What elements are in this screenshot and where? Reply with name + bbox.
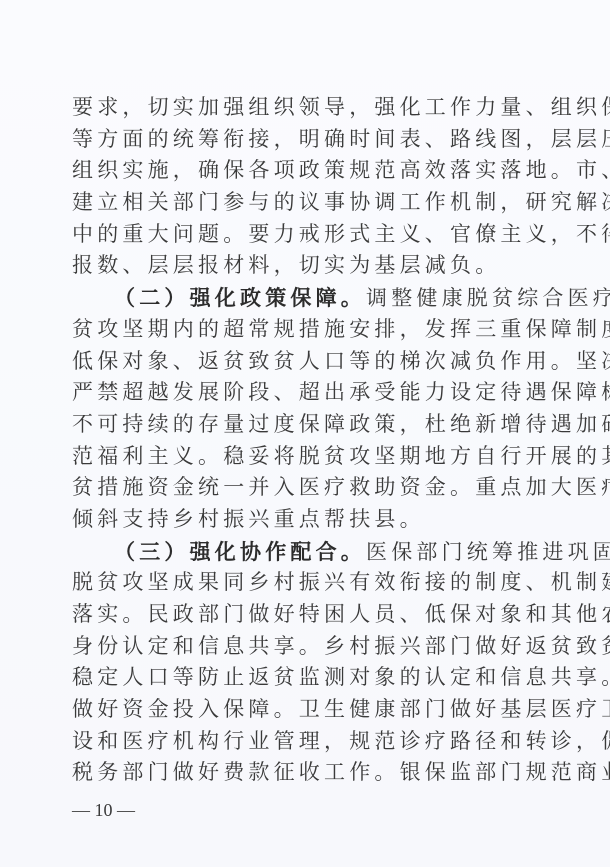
text-line: 落实。民政部门做好特困人员、低保对象和其他农村低收入人口 bbox=[72, 599, 542, 631]
document-page: 要求，切实加强组织领导，强化工作力量、组织保障、制度资源 等方面的统筹衔接，明确… bbox=[0, 0, 610, 867]
text-line: 不可持续的存量过度保障政策，杜绝新增待遇加码政策，坚决防 bbox=[72, 409, 542, 441]
text-line: 税务部门做好费款征收工作。银保监部门规范商业健康保险发展。 bbox=[72, 757, 542, 789]
document-body: 要求，切实加强组织领导，强化工作力量、组织保障、制度资源 等方面的统筹衔接，明确… bbox=[72, 92, 542, 789]
text-line: 严禁超越发展阶段、超出承受能力设定待遇保障标准，全面清理 bbox=[72, 377, 542, 409]
text-line: 等方面的统筹衔接，明确时间表、路线图，层层压实责任，周密 bbox=[72, 124, 542, 156]
text-line: 身份认定和信息共享。乡村振兴部门做好返贫致贫人口、脱贫不 bbox=[72, 631, 542, 663]
text-line: 报数、层层报材料，切实为基层减负。 bbox=[72, 250, 542, 282]
section-first-line-text: 调整健康脱贫综合医疗保障政策等脱 bbox=[366, 286, 610, 310]
paragraph-continued: 要求，切实加强组织领导，强化工作力量、组织保障、制度资源 等方面的统筹衔接，明确… bbox=[72, 92, 542, 282]
text-line: 倾斜支持乡村振兴重点帮扶县。 bbox=[72, 504, 542, 536]
section-first-line: （三）强化协作配合。医保部门统筹推进巩固拓展医疗保障 bbox=[72, 536, 542, 568]
text-line: 稳定人口等防止返贫监测对象的认定和信息共享。财政部门负责 bbox=[72, 662, 542, 694]
text-line: 贫攻坚期内的超常规措施安排，发挥三重保障制度对特困人员、 bbox=[72, 314, 542, 346]
text-line: 组织实施，确保各项政策规范高效落实落地。市、县（区）均要 bbox=[72, 155, 542, 187]
section-heading: （二）强化政策保障。 bbox=[114, 285, 366, 310]
text-line: 设和医疗机构行业管理，规范诊疗路径和转诊，促进分级诊疗。 bbox=[72, 726, 542, 758]
section-heading: （三）强化协作配合。 bbox=[114, 539, 366, 564]
text-line: 贫措施资金统一并入医疗救助资金。重点加大医疗救助资金投入， bbox=[72, 472, 542, 504]
text-line: 脱贫攻坚成果同乡村振兴有效衔接的制度、机制建设，抓好政策 bbox=[72, 567, 542, 599]
text-line: 要求，切实加强组织领导，强化工作力量、组织保障、制度资源 bbox=[72, 92, 542, 124]
text-line: 做好资金投入保障。卫生健康部门做好基层医疗卫生服务能力建 bbox=[72, 694, 542, 726]
paragraph-section-2: （二）强化政策保障。调整健康脱贫综合医疗保障政策等脱 贫攻坚期内的超常规措施安排… bbox=[72, 282, 542, 536]
paragraph-section-3: （三）强化协作配合。医保部门统筹推进巩固拓展医疗保障 脱贫攻坚成果同乡村振兴有效… bbox=[72, 536, 542, 790]
section-first-line: （二）强化政策保障。调整健康脱贫综合医疗保障政策等脱 bbox=[72, 282, 542, 314]
text-line: 中的重大问题。要力戒形式主义、官僚主义，不得随意要求填表 bbox=[72, 219, 542, 251]
section-first-line-text: 医保部门统筹推进巩固拓展医疗保障 bbox=[366, 540, 610, 564]
text-line: 范福利主义。稳妥将脱贫攻坚期地方自行开展的其他医疗保障扶 bbox=[72, 441, 542, 473]
page-number: — 10 — bbox=[72, 800, 135, 821]
text-line: 建立相关部门参与的议事协调工作机制，研究解决政策衔接过渡 bbox=[72, 187, 542, 219]
text-line: 低保对象、返贫致贫人口等的梯次减负作用。坚决治理过度保障， bbox=[72, 346, 542, 378]
